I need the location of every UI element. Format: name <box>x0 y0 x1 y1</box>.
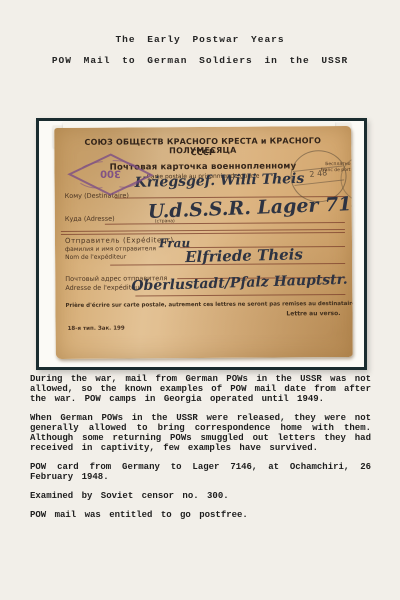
sender-label-fr: Nom de l'expéditeur <box>65 254 126 261</box>
address-label: Куда (Adresse) <box>65 215 115 223</box>
to-handwriting: Kriegsgef. Willi Theis <box>134 171 304 191</box>
paragraph: POW mail was entitled to go postfree. <box>30 510 371 520</box>
text-line: February 1948. <box>30 472 371 482</box>
sender-label-ru2: фамилия и имя отправителя <box>65 245 156 253</box>
exhibit-description: During the war, mail from German POWs in… <box>30 374 371 529</box>
paragraph: During the war, mail from German POWs in… <box>30 374 371 404</box>
page-title: The Early Postwar Years <box>0 34 400 45</box>
paragraph: Examined by Soviet censor no. 300. <box>30 491 371 501</box>
postfree-label-fr: Franc de port <box>321 167 351 173</box>
text-line: received in captivity, few examples have… <box>30 443 371 453</box>
printer-imprint: 18-я тип. Зак. 199 <box>68 326 125 332</box>
text-line: generally allowed to bring correspondenc… <box>30 423 371 433</box>
sender-label-ru: Отправитель (Expéditeur) <box>65 236 174 245</box>
paragraph: When German POWs in the USSR were releas… <box>30 413 371 453</box>
exhibit-frame: СОЮЗ ОБЩЕСТВ КРАСНОГО КРЕСТА и КРАСНОГО … <box>36 118 367 370</box>
text-line: During the war, mail from German POWs in… <box>30 374 371 384</box>
pow-postcard: СОЮЗ ОБЩЕСТВ КРАСНОГО КРЕСТА и КРАСНОГО … <box>54 126 353 359</box>
card-note-french: Prière d'écrire sur carte postale, autre… <box>65 301 352 309</box>
page-subtitle: POW Mail to German Soldiers in the USSR <box>0 55 400 66</box>
text-line: When German POWs in the USSR were releas… <box>30 413 371 423</box>
text-line: POW card from Germany to Lager 7146, at … <box>30 462 371 472</box>
postfree-label-ru: Бесплатно <box>321 162 351 168</box>
censor-diamond-stamp: 300 <box>66 151 154 198</box>
text-line: Although some returning POWs smuggled ou… <box>30 433 371 443</box>
card-note-french-2: Lettre au verso. <box>286 310 340 317</box>
text-line: allowed, so the known examples of POW ma… <box>30 384 371 394</box>
text-line: POW mail was entitled to go postfree. <box>30 510 371 520</box>
text-line: the war. POW camps in Georgia operated u… <box>30 394 371 404</box>
censor-number: 300 <box>100 168 121 179</box>
text-line: Examined by Soviet censor no. 300. <box>30 491 371 501</box>
sender-handwriting-2: Elfriede Theis <box>185 245 303 266</box>
paragraph: POW card from Germany to Lager 7146, at … <box>30 462 371 482</box>
